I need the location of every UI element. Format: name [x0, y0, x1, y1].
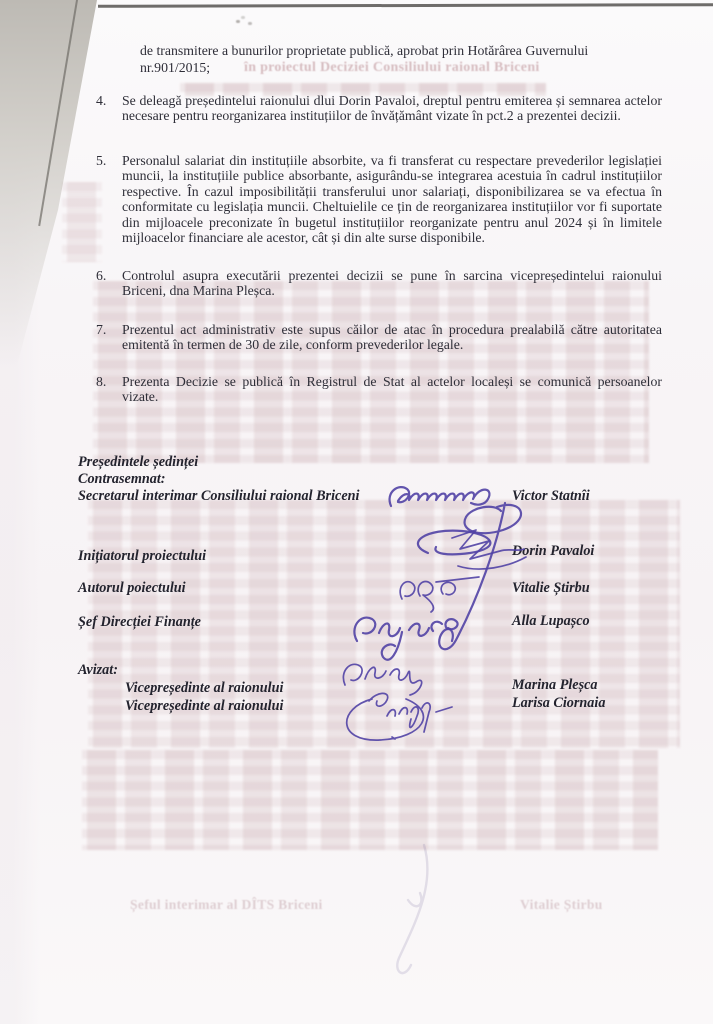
- intro-paragraph: de transmitere a bunurilor proprietate p…: [140, 43, 662, 77]
- decision-item-6: 6. Controlul asupra executării prezentei…: [96, 268, 662, 299]
- decision-item-7: 7. Prezentul act administrativ este supu…: [96, 322, 662, 353]
- sig-name-statnii: Victor Statnîi: [512, 488, 590, 505]
- sig-name-plesca: Marina Pleșca: [512, 677, 598, 694]
- sig-label-countersigned: Contrasemnat:: [78, 471, 166, 488]
- sig-label-president: Președintele ședinței: [78, 454, 198, 471]
- item-number: 8.: [96, 374, 106, 389]
- sig-name-lupasco: Alla Lupașco: [512, 613, 590, 630]
- sig-label-finance-chief: Șef Direcției Finanțe: [78, 614, 201, 631]
- sig-label-initiator: Inițiatorul proiectului: [78, 548, 206, 565]
- decision-item-4: 4. Se deleagă președintelui raionului dl…: [96, 93, 662, 124]
- item-text: Se deleagă președintelui raionului dlui …: [122, 93, 662, 124]
- decision-item-5: 5. Personalul salariat din instituțiile …: [96, 153, 662, 245]
- item-text: Personalul salariat din instituțiile abs…: [122, 153, 662, 245]
- item-number: 7.: [96, 322, 106, 337]
- item-number: 5.: [96, 153, 106, 168]
- sig-label-author: Autorul poiectului: [78, 580, 186, 597]
- item-text: Prezenta Decizie se publică în Registrul…: [122, 374, 662, 405]
- sig-label-approved: Avizat:: [78, 662, 118, 679]
- item-text: Controlul asupra executării prezentei de…: [122, 268, 662, 299]
- scanned-document-page: în proiectul Deciziei Consiliului raiona…: [0, 0, 713, 1024]
- bleedthrough-footer-left: Șeful interimar al DÎTS Briceni: [130, 897, 323, 913]
- intro-line-2: nr.901/2015;: [140, 60, 662, 77]
- sig-label-vicepresident-2: Vicepreședinte al raionului: [125, 698, 283, 715]
- decision-item-8: 8. Prezenta Decizie se publică în Regist…: [96, 374, 662, 405]
- sig-label-vicepresident-1: Vicepreședinte al raionului: [125, 680, 283, 697]
- intro-line-1: de transmitere a bunurilor proprietate p…: [140, 43, 662, 60]
- item-number: 4.: [96, 93, 106, 108]
- sig-label-secretary: Secretarul interimar Consiliului raional…: [78, 488, 359, 505]
- bleedthrough-footer-right: Vitalie Știrbu: [520, 897, 603, 913]
- sig-name-ciornaia: Larisa Ciornaia: [512, 695, 605, 712]
- bleedthrough-block: [93, 281, 649, 463]
- item-text: Prezentul act administrativ este supus c…: [122, 322, 662, 353]
- item-number: 6.: [96, 268, 106, 283]
- sig-name-pavaloi: Dorin Pavaloi: [512, 543, 594, 560]
- sig-name-stirbu: Vitalie Știrbu: [512, 580, 590, 597]
- bleedthrough-block: [82, 750, 658, 850]
- scan-specks: [236, 20, 240, 23]
